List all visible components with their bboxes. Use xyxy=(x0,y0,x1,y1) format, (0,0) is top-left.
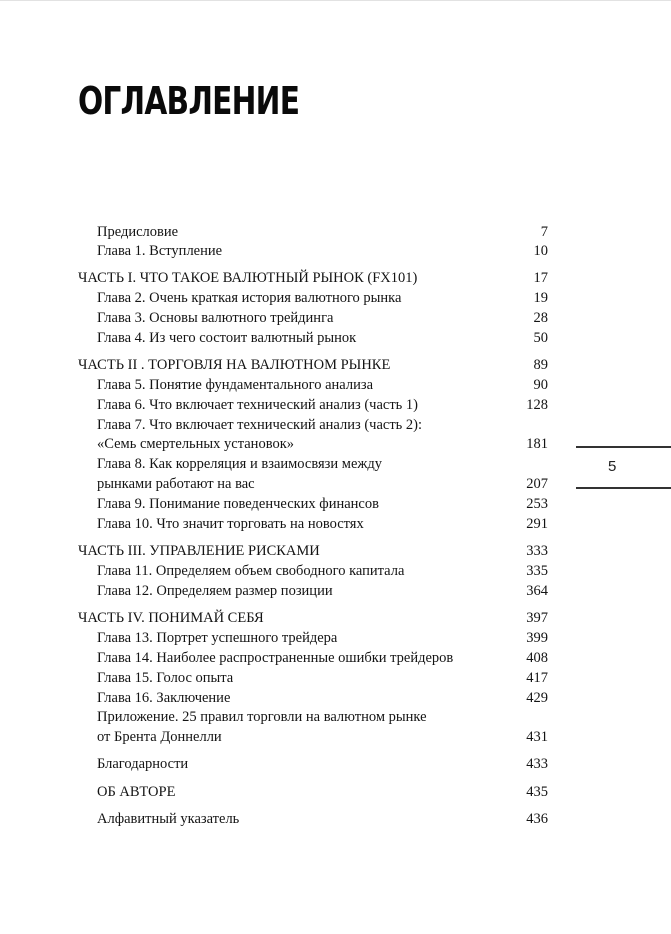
toc-entry-page: 436 xyxy=(526,809,548,829)
toc-entry-label: Глава 15. Голос опыта xyxy=(97,668,233,688)
page-marker-top-rule xyxy=(576,446,671,448)
toc-entry-label: Глава 3. Основы валютного трейдинга xyxy=(97,308,333,328)
toc-entry-label: «Семь смертельных установок» xyxy=(97,434,294,454)
toc-entry-label: Глава 1. Вступление xyxy=(97,241,222,261)
toc-entry-label: Глава 13. Портрет успешного трейдера xyxy=(97,628,337,648)
toc-entry-label: Глава 16. Заключение xyxy=(97,688,230,708)
toc-entry-label: Глава 14. Наиболее распространенные ошиб… xyxy=(97,648,453,668)
table-of-contents: Предисловие7Глава 1. Вступление10ЧАСТЬ I… xyxy=(0,0,671,934)
toc-entry-label: Предисловие xyxy=(97,222,178,242)
toc-entry-page: 333 xyxy=(526,541,548,561)
toc-entry-page: 429 xyxy=(526,688,548,708)
toc-entry-label: ЧАСТЬ II . ТОРГОВЛЯ НА ВАЛЮТНОМ РЫНКЕ xyxy=(78,355,390,375)
toc-entry-label: Глава 5. Понятие фундаментального анализ… xyxy=(97,375,373,395)
toc-entry-page: 335 xyxy=(526,561,548,581)
toc-entry-page: 7 xyxy=(541,222,548,242)
toc-entry-label: Глава 10. Что значит торговать на новост… xyxy=(97,514,364,534)
toc-entry-page: 50 xyxy=(534,328,549,348)
toc-entry-page: 17 xyxy=(534,268,549,288)
toc-entry-page: 253 xyxy=(526,494,548,514)
toc-entry-page: 28 xyxy=(534,308,549,328)
toc-entry-page: 89 xyxy=(534,355,549,375)
toc-entry-label: Глава 6. Что включает технический анализ… xyxy=(97,395,418,415)
toc-entry-page: 435 xyxy=(526,782,548,802)
toc-entry-page: 90 xyxy=(534,375,549,395)
toc-entry-page: 408 xyxy=(526,648,548,668)
toc-entry-page: 291 xyxy=(526,514,548,534)
toc-entry-label: ОБ АВТОРЕ xyxy=(97,782,175,802)
toc-entry-label: Алфавитный указатель xyxy=(97,809,239,829)
toc-entry-label: Глава 4. Из чего состоит валютный рынок xyxy=(97,328,356,348)
toc-entry-label: Глава 11. Определяем объем свободного ка… xyxy=(97,561,404,581)
toc-entry-label: рынками работают на вас xyxy=(97,474,255,494)
toc-entry-label: Глава 9. Понимание поведенческих финансо… xyxy=(97,494,379,514)
page-number: 5 xyxy=(608,458,616,475)
toc-entry-page: 417 xyxy=(526,668,548,688)
toc-entry-page: 431 xyxy=(526,727,548,747)
toc-entry-label: Глава 7. Что включает технический анализ… xyxy=(97,415,422,435)
toc-entry-label: Глава 12. Определяем размер позиции xyxy=(97,581,333,601)
toc-entry-page: 399 xyxy=(526,628,548,648)
toc-entry-label: ЧАСТЬ III. УПРАВЛЕНИЕ РИСКАМИ xyxy=(78,541,320,561)
toc-entry-page: 19 xyxy=(534,288,549,308)
toc-entry-page: 433 xyxy=(526,754,548,774)
toc-entry-label: ЧАСТЬ IV. ПОНИМАЙ СЕБЯ xyxy=(78,608,264,628)
toc-entry-label: Глава 2. Очень краткая история валютного… xyxy=(97,288,401,308)
toc-entry-label: Благодарности xyxy=(97,754,188,774)
toc-entry-page: 181 xyxy=(526,434,548,454)
toc-entry-page: 10 xyxy=(534,241,549,261)
toc-entry-label: Приложение. 25 правил торговли на валютн… xyxy=(97,707,427,727)
toc-entry-page: 207 xyxy=(526,474,548,494)
toc-entry-label: от Брента Доннелли xyxy=(97,727,222,747)
page-marker-bottom-rule xyxy=(576,487,671,489)
toc-entry-label: ЧАСТЬ I. ЧТО ТАКОЕ ВАЛЮТНЫЙ РЫНОК (FX101… xyxy=(78,268,417,288)
page-number-marker: 5 xyxy=(576,446,671,488)
toc-entry-page: 364 xyxy=(526,581,548,601)
toc-entry-label: Глава 8. Как корреляция и взаимосвязи ме… xyxy=(97,454,382,474)
toc-entry-page: 128 xyxy=(526,395,548,415)
toc-entry-page: 397 xyxy=(526,608,548,628)
